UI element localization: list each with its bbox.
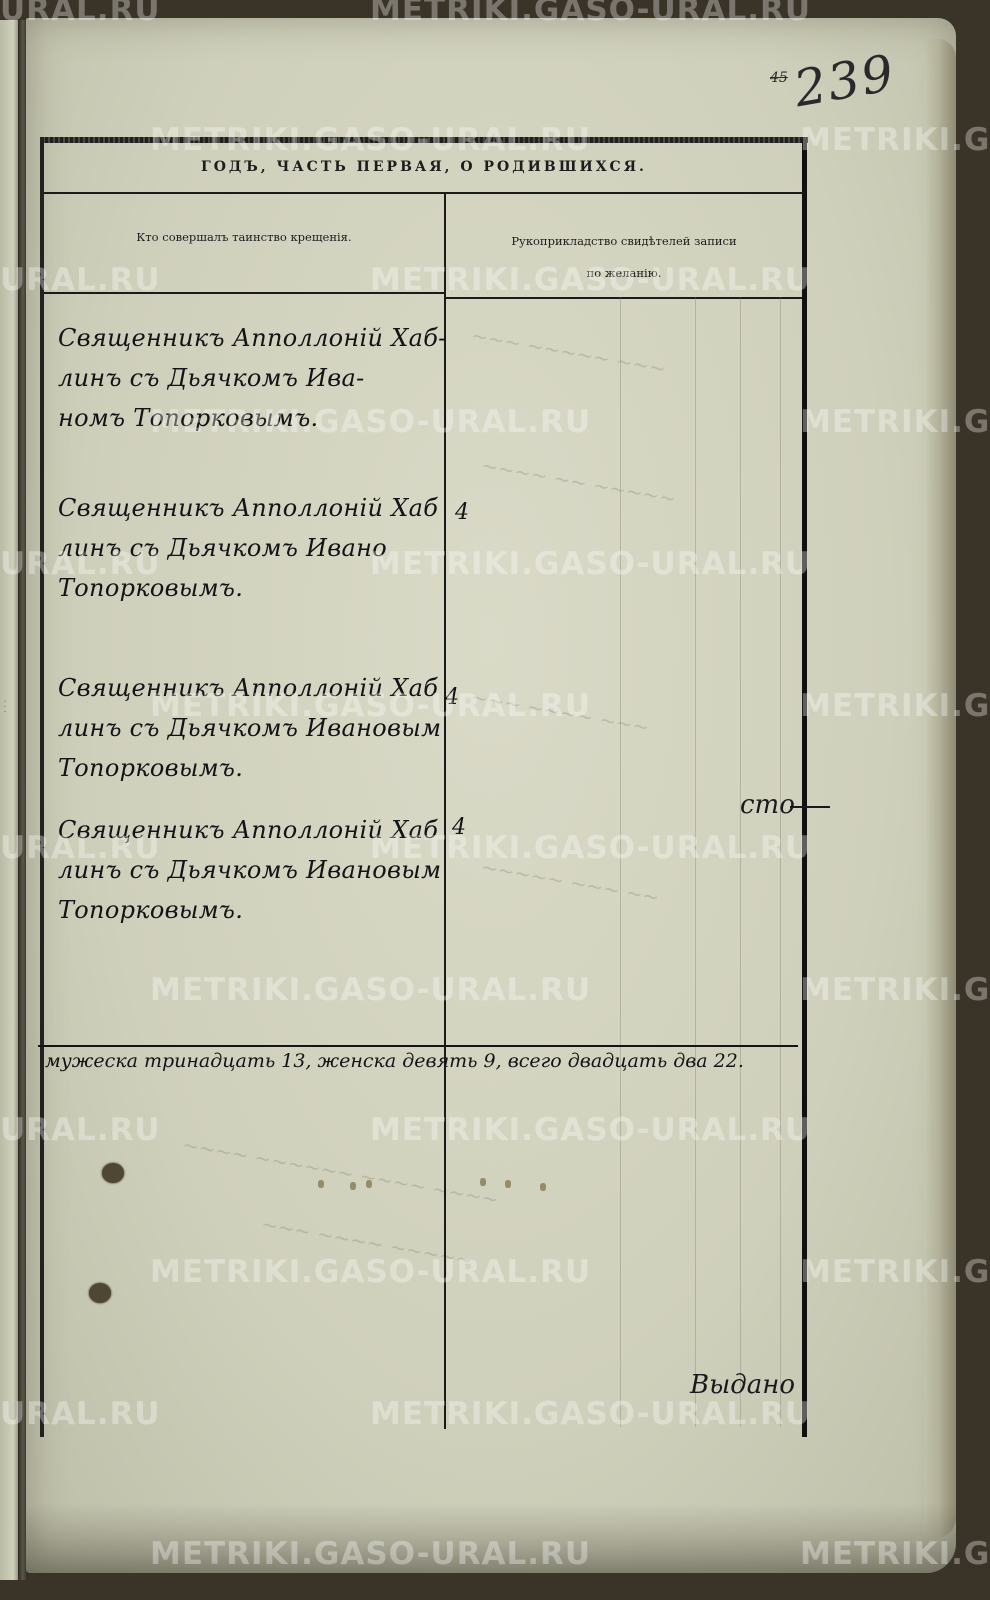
- watermark: METRIKI.GASO-URAL.RU: [150, 1536, 591, 1572]
- page-edge: [926, 38, 956, 1538]
- entry-line: Топорковымъ.: [58, 890, 448, 930]
- entry-line: Топорковымъ.: [58, 748, 448, 788]
- ink-stain: [540, 1183, 546, 1191]
- flourish-mark: 4: [455, 500, 469, 525]
- watermark: METRIKI.GASO-URAL.RU: [370, 830, 811, 866]
- form-title: ГОДЪ, ЧАСТЬ ПЕРВАЯ, О РОДИВШИХСЯ.: [40, 159, 808, 175]
- watermark: METRIKI.G: [800, 972, 990, 1008]
- watermark: METRIKI.G: [800, 404, 990, 440]
- entry-line: Священникъ Апполлоній Хаб: [58, 488, 448, 528]
- ink-stain: [366, 1180, 372, 1188]
- watermark: METRIKI.GASO-URAL.RU: [370, 262, 811, 298]
- watermark: METRIKI.GASO-URAL.RU: [150, 122, 591, 158]
- form-left-border: [40, 137, 44, 1437]
- old-folio-number: 45: [770, 70, 788, 86]
- watermark: METRIKI.G: [800, 688, 990, 724]
- watermark: METRIKI.GASO-URAL.RU: [370, 0, 811, 28]
- summary-rule: [38, 1045, 798, 1047]
- watermark: METRIKI.GASO-URAL.RU: [370, 1112, 811, 1148]
- watermark: URAL.RU: [0, 1112, 161, 1148]
- watermark: METRIKI.GASO-URAL.RU: [150, 404, 591, 440]
- watermark: METRIKI.GASO-URAL.RU: [150, 688, 591, 724]
- watermark: METRIKI.G: [800, 1254, 990, 1290]
- binding-hole: [89, 1283, 111, 1303]
- column-header-witnesses: Рукоприкладство свидѣтелей записи: [446, 225, 802, 257]
- column-header-baptizer: Кто совершалъ таинство крещенія.: [44, 221, 444, 253]
- summary-totals: мужеска тринадцать 13, женска девять 9, …: [45, 1050, 815, 1072]
- facing-page-text: · · ·: [1, 700, 10, 713]
- watermark: URAL.RU: [0, 1396, 161, 1432]
- watermark: METRIKI.GASO-URAL.RU: [150, 1254, 591, 1290]
- entry-4: Священникъ Апполлоній Хаб линъ съ Дьячко…: [58, 810, 448, 930]
- watermark: URAL.RU: [0, 546, 161, 582]
- annotation-stroke: [790, 806, 830, 808]
- binding-hole: [102, 1163, 124, 1183]
- watermark: METRIKI.G: [800, 122, 990, 158]
- ink-stain: [350, 1182, 356, 1190]
- watermark: URAL.RU: [0, 0, 161, 28]
- ink-stain: [318, 1180, 324, 1188]
- margin-annotation: сто: [740, 790, 795, 820]
- watermark: METRIKI.GASO-URAL.RU: [150, 972, 591, 1008]
- watermark: METRIKI.G: [800, 1536, 990, 1572]
- watermark: METRIKI.GASO-URAL.RU: [370, 1396, 811, 1432]
- watermark: URAL.RU: [0, 262, 161, 298]
- entry-3: Священникъ Апполлоній Хаб линъ съ Дьячко…: [58, 668, 448, 788]
- ink-stain: [505, 1180, 511, 1188]
- form-right-border: [802, 137, 807, 1437]
- title-divider: [44, 192, 804, 194]
- watermark: URAL.RU: [0, 830, 161, 866]
- ink-stain: [480, 1178, 486, 1186]
- entry-line: Священникъ Апполлоній Хаб-: [58, 318, 448, 358]
- entry-line: линъ съ Дьячкомъ Ива-: [58, 358, 448, 398]
- watermark: METRIKI.GASO-URAL.RU: [370, 546, 811, 582]
